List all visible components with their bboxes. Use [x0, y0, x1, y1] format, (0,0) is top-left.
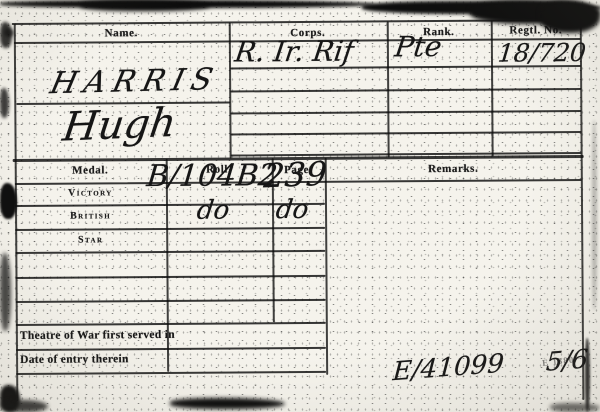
grid-line-h [230, 110, 581, 114]
name-column-header: Name. [14, 26, 229, 40]
remarks-header: Remarks. [325, 162, 582, 176]
grid-line-h [230, 131, 581, 135]
reference-number-handwriting: E/41099 [392, 351, 505, 385]
date-underline [16, 371, 326, 375]
grid-line-h [16, 299, 326, 303]
victory-page-handwriting: 239 [263, 157, 328, 193]
regtl-no-handwriting: 18/720 [497, 40, 587, 66]
medal-row-victory: Victory [15, 187, 166, 199]
victory-roll-handwriting: B/104B2 [145, 161, 278, 192]
scan-noise-blob [0, 22, 12, 48]
theatre-underline [16, 347, 326, 351]
grid-line-h [15, 227, 325, 231]
british-page-ditto-handwriting: do [274, 197, 310, 223]
corps-handwriting: R. Ir. Rif [233, 38, 355, 67]
medal-row-british: British [15, 210, 166, 222]
grid-line-h [16, 322, 326, 326]
british-roll-ditto-handwriting: do [195, 197, 231, 223]
grid-line-h [15, 275, 325, 279]
date-of-entry-label: Date of entry therein [20, 353, 129, 366]
rank-handwriting: Pte [393, 33, 443, 61]
forename-handwriting: Hugh [60, 103, 178, 148]
medal-index-card: Name. Corps. Rank. Regtl. No. Medal. Rol… [0, 0, 600, 412]
surname-handwriting: HARRIS [47, 65, 222, 99]
scan-noise-blob [0, 400, 48, 412]
medal-column-header: Medal. [15, 164, 166, 177]
scan-noise-blob [0, 88, 9, 118]
scan-noise-blob [540, 0, 600, 33]
scan-noise-blob [170, 398, 285, 409]
scanned-medal-card-page: { "card": { "header": { "name_label": "N… [0, 0, 600, 412]
card-right-border [580, 20, 585, 400]
theatre-of-war-label: Theatre of War first served in [20, 329, 175, 342]
grid-line-h [15, 250, 325, 254]
scan-noise-blob [80, 0, 210, 11]
scan-noise-blob [0, 183, 17, 219]
grid-line-h [230, 88, 581, 92]
medal-row-star: Star [15, 234, 166, 246]
scan-noise-blob [550, 403, 600, 412]
